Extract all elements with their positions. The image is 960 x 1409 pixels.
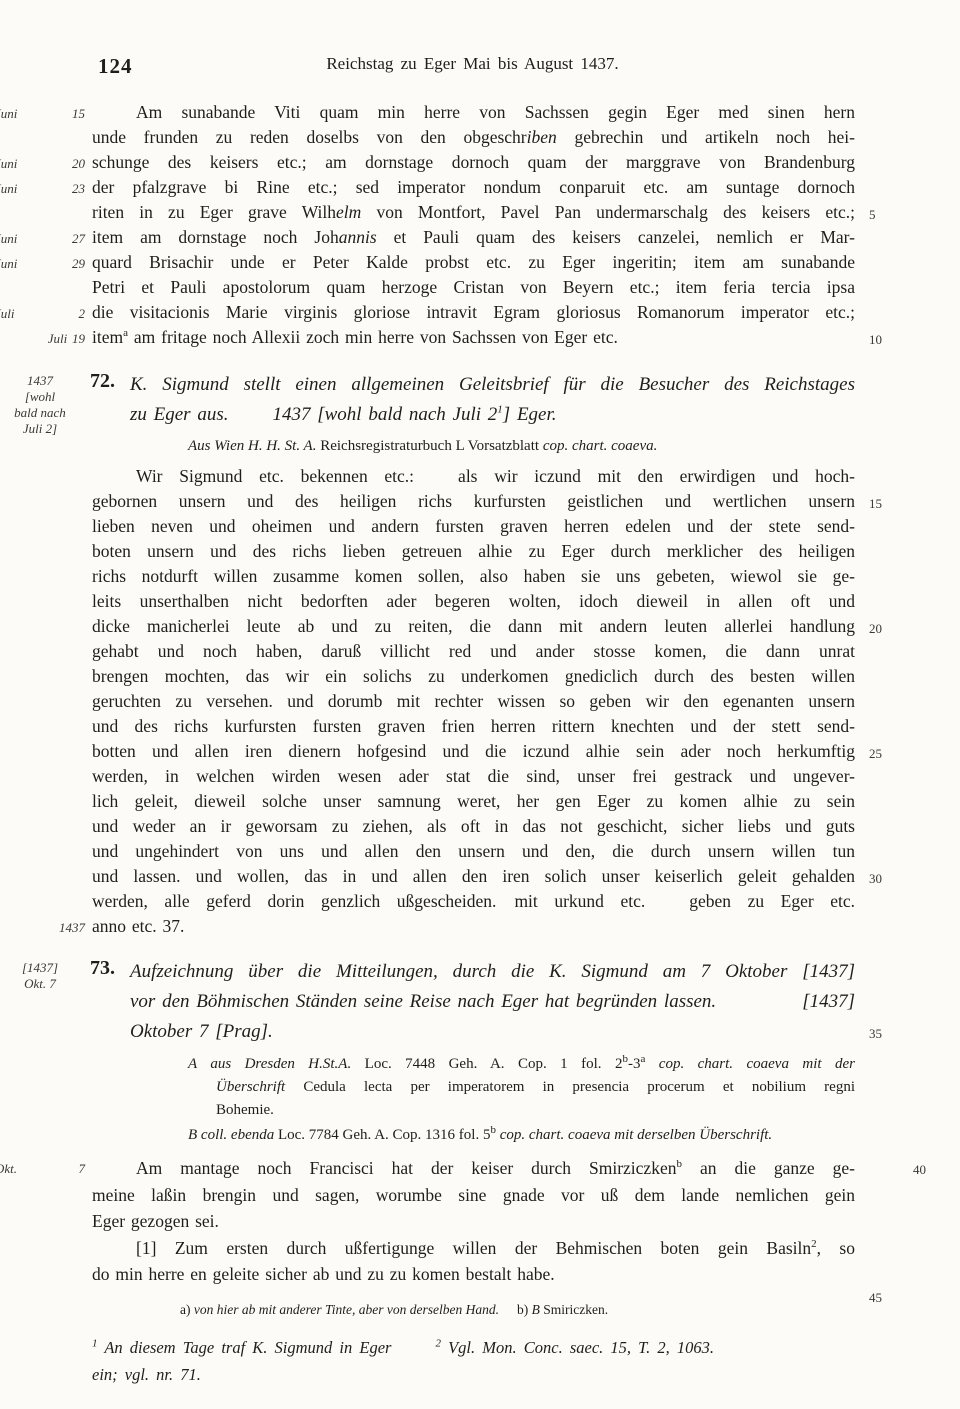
text-line: K. Sigmund stellt einen allgemeinen Gele… — [92, 370, 855, 400]
text-line: Aufzeichnung über die Mitteilungen, durc… — [92, 957, 855, 987]
print-line-number: 5 — [869, 202, 876, 227]
text-line: dicke manicherlei leute ab und zu reiten… — [92, 614, 855, 639]
text-line: werden, alle geferd dorin genzlich ußges… — [92, 889, 855, 914]
entry-72-heading: 1437[wohlbald nachJuli 2]72.K. Sigmund s… — [92, 370, 855, 430]
text-line: Wir Sigmund etc. bekennen etc.:als wir i… — [92, 464, 855, 489]
text-body: Juni 15Am sunabande Viti quam min herre … — [92, 100, 855, 1388]
scanned-document-page: 124 Reichstag zu Eger Mai bis August 143… — [0, 0, 960, 1409]
text-line: und ungehindert von uns und allen den un… — [92, 839, 855, 864]
text-line: und des richs kurfursten fursten graven … — [92, 714, 855, 739]
text-line: zu Eger aus.1437 [wohl bald nach Juli 21… — [92, 400, 855, 430]
margin-date-note: [1437]Okt. 7 — [0, 960, 84, 992]
text-line: 1437anno etc. 37. — [92, 914, 855, 939]
text-line: Oktober 7 [Prag].35 — [92, 1017, 855, 1047]
text-line: und weder an ir geworsam zu ziehen, als … — [92, 814, 855, 839]
entry-73-body: Okt. 7Am mantage noch Francisci hat der … — [92, 1155, 855, 1288]
text-line: vor den Böhmischen Ständen seine Reise n… — [92, 987, 855, 1017]
margin-date-note: Juni 23 — [0, 176, 85, 201]
text-line: B coll. ebenda Loc. 7784 Geh. A. Cop. 13… — [188, 1124, 855, 1147]
text-line: unde frunden zu reden doselbs von den ob… — [92, 125, 855, 150]
margin-date-note: Juni 15 — [0, 101, 85, 126]
text-line: A aus Dresden H.St.A. Loc. 7448 Geh. A. … — [188, 1053, 855, 1076]
print-line-number: 40 — [869, 1157, 926, 1184]
print-line-number: 10 — [869, 327, 882, 352]
text-line: riten in zu Eger grave Wilhelm von Montf… — [92, 200, 855, 225]
text-line: Petri et Pauli apostolorum quam herzoge … — [92, 275, 855, 300]
entry-72-source: Aus Wien H. H. St. A. Reichsregistraturb… — [92, 435, 855, 458]
text-line: boten unsern und des richs lieben getreu… — [92, 539, 855, 564]
print-line-number: 20 — [869, 616, 882, 641]
entry-73-heading: [1437]Okt. 773.Aufzeichnung über die Mit… — [92, 957, 855, 1047]
text-line: leits unserthalben nicht bedorften ader … — [92, 589, 855, 614]
margin-date-note: Juni 29 — [0, 251, 85, 276]
apparatus-note: a) von hier ab mit anderer Tinte, aber v… — [92, 1300, 855, 1320]
text-line: lich geleit, dieweil solche unser samnun… — [92, 789, 855, 814]
text-line: lieben neven und oheimen und andern furs… — [92, 514, 855, 539]
text-line: brengen mochten, das wir ein solichs zu … — [92, 664, 855, 689]
text-line: und lassen. und wollen, das in und allen… — [92, 864, 855, 889]
text-line: Eger gezogen sei. — [92, 1208, 855, 1235]
entry-72-body: Wir Sigmund etc. bekennen etc.:als wir i… — [92, 464, 855, 939]
print-line-number: 15 — [869, 491, 882, 516]
entry-73-source-a: A aus Dresden H.St.A. Loc. 7448 Geh. A. … — [92, 1053, 855, 1122]
text-line: Überschrift Cedula lecta per imperatorem… — [188, 1076, 855, 1099]
print-line-number: 45 — [869, 1288, 882, 1308]
page-number: 124 — [98, 54, 133, 79]
text-line: Juni 15Am sunabande Viti quam min herre … — [92, 100, 855, 125]
text-line: 1 An diesem Tage traf K. Sigmund in Eger… — [92, 1334, 855, 1361]
margin-date-note: Juni 20 — [0, 151, 85, 176]
margin-date-note: 1437 — [0, 915, 85, 940]
text-line: Okt. 7Am mantage noch Francisci hat der … — [92, 1155, 855, 1182]
text-line: botten und allen iren dienern hofgesind … — [92, 739, 855, 764]
footnotes: 1 An diesem Tage traf K. Sigmund in Eger… — [92, 1334, 855, 1388]
text-line: ein; vgl. nr. 71. — [92, 1361, 855, 1388]
entry-paragraph: Juni 15Am sunabande Viti quam min herre … — [92, 100, 855, 350]
margin-date-note: 1437[wohlbald nachJuli 2] — [0, 373, 84, 437]
text-line: richs notdurft willen zusamme komen soll… — [92, 564, 855, 589]
print-line-number: 35 — [869, 1019, 882, 1049]
text-line: gebornen unsern und des heiligen richs k… — [92, 489, 855, 514]
margin-date-note: Juli 19 — [0, 326, 85, 351]
margin-date-note: Juli 2 — [0, 301, 85, 326]
print-line-number: 30 — [869, 866, 882, 891]
text-line: Juni 29quard Brisachir unde er Peter Kal… — [92, 250, 855, 275]
entry-73-source-b: B coll. ebenda Loc. 7784 Geh. A. Cop. 13… — [92, 1124, 855, 1147]
text-line: Juni 20schunge des keisers etc.; am dorn… — [92, 150, 855, 175]
text-line: geruchten zu versehen. und dorumb mit re… — [92, 689, 855, 714]
text-line: Juni 23der pfalzgrave bi Rine etc.; sed … — [92, 175, 855, 200]
margin-date-note: Juni 27 — [0, 226, 85, 251]
running-title: Reichstag zu Eger Mai bis August 1437. — [90, 54, 855, 74]
print-line-number: 25 — [869, 741, 882, 766]
margin-date-note: Okt. 7 — [0, 1156, 85, 1183]
text-line: meine laßin brengin und sagen, worumbe s… — [92, 1182, 855, 1209]
text-line: Bohemie. — [188, 1099, 855, 1122]
text-line: do min herre en geleite sicher ab und zu… — [92, 1261, 855, 1288]
text-line: Aus Wien H. H. St. A. Reichsregistraturb… — [188, 435, 855, 458]
text-line: werden, in welchen wirden wesen ader sta… — [92, 764, 855, 789]
text-line: gehabt und noch haben, daruß villicht re… — [92, 639, 855, 664]
page-header: 124 Reichstag zu Eger Mai bis August 143… — [90, 54, 855, 84]
text-line: Juni 27item am dornstage noch Johannis e… — [92, 225, 855, 250]
text-line: a) von hier ab mit anderer Tinte, aber v… — [180, 1300, 855, 1320]
text-line: [1] Zum ersten durch ußfertigunge willen… — [92, 1235, 855, 1262]
text-line: Juli 2die visitacionis Marie virginis gl… — [92, 300, 855, 325]
text-line: Juli 19itema am fritage noch Allexii zoc… — [92, 325, 855, 350]
